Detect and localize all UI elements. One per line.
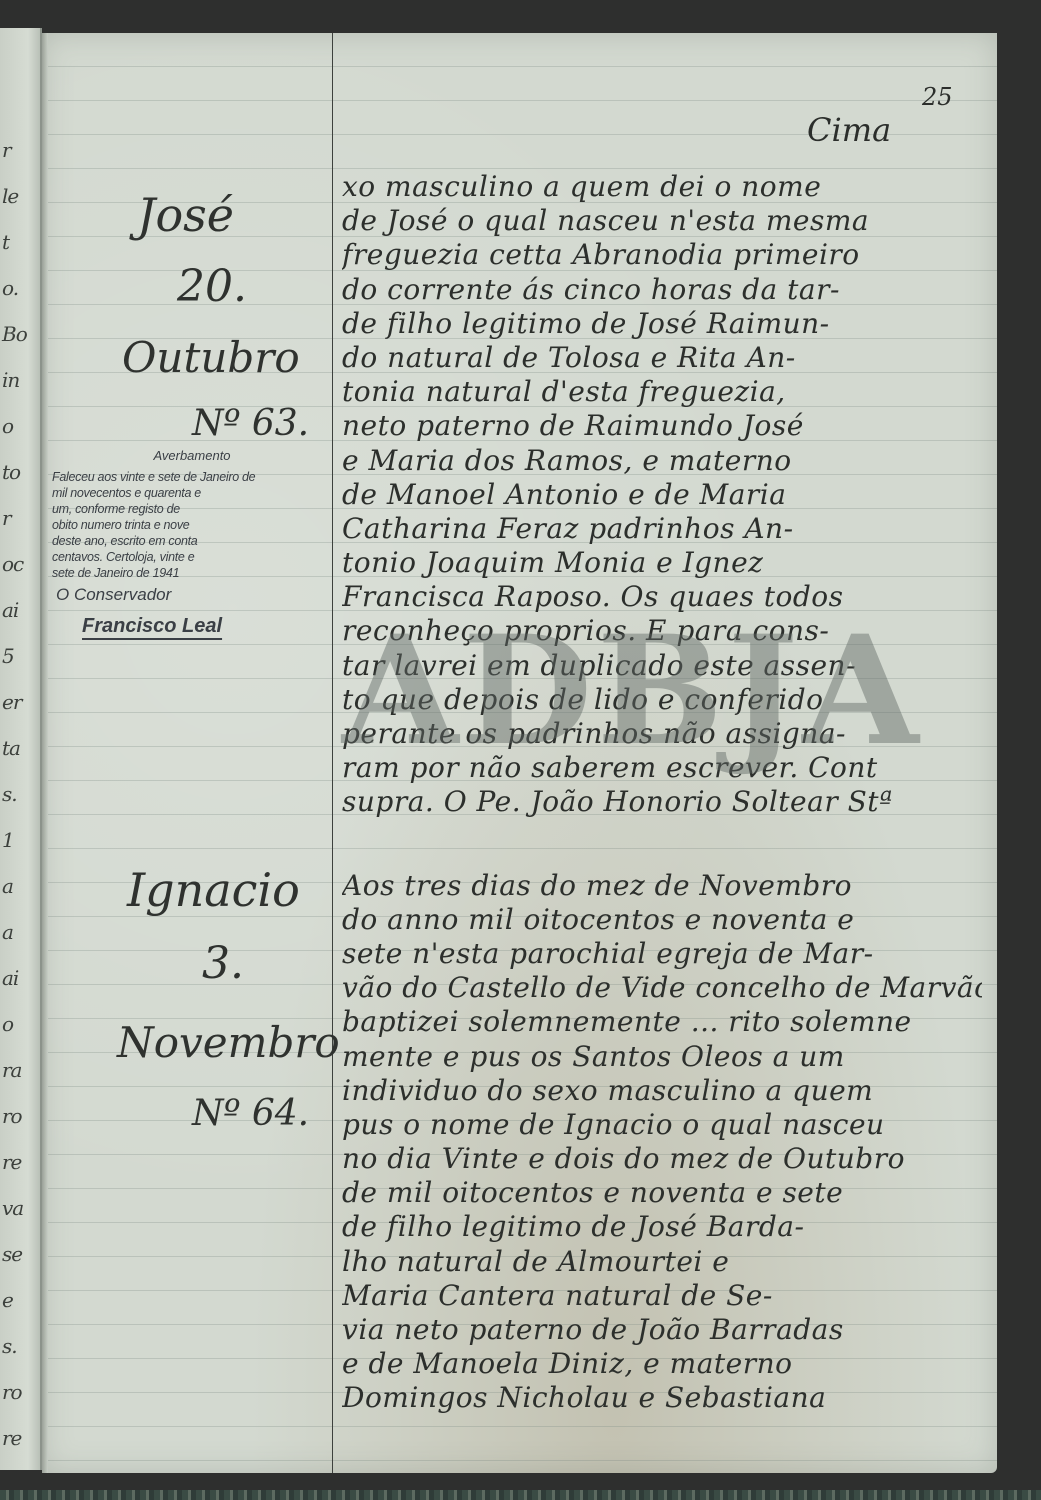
text-line: pus o nome de Ignacio o qual nasceu	[342, 1108, 982, 1142]
entry-name: José	[137, 188, 234, 242]
previous-page-text-fragment: re	[2, 1150, 21, 1174]
text-line: no dia Vinte e dois do mez de Outubro	[342, 1142, 982, 1176]
text-line: Domingos Nicholau e Sebastiana	[342, 1381, 982, 1415]
text-line: supra. O Pe. João Honorio Soltear Stª	[342, 785, 982, 819]
entry-separator	[342, 820, 982, 869]
entry-name: Ignacio	[127, 863, 300, 917]
previous-page-text-fragment: e	[2, 1288, 13, 1312]
text-line: e de Manoela Diniz, e materno	[342, 1347, 982, 1381]
text-line: tonio Joaquim Monia e Ignez	[342, 546, 982, 580]
previous-page-text-fragment: ro	[2, 1104, 22, 1128]
previous-page-text-fragment: ai	[2, 598, 18, 622]
previous-page-text-fragment: 5	[2, 644, 14, 668]
entry-day: 20.	[177, 261, 247, 312]
annotation-title: Averbamento	[82, 448, 302, 463]
text-line: perante os padrinhos não assigna-	[342, 717, 982, 751]
register-body: xo masculino a quem dei o nome de José o…	[342, 170, 982, 1416]
previous-page-text-fragment: r	[2, 138, 11, 162]
annotation-line: um, conforme registo de	[52, 501, 302, 517]
text-line: e Maria dos Ramos, e materno	[342, 444, 982, 478]
annotation-line: sete de Janeiro de 1941	[52, 565, 302, 581]
previous-page-text-fragment: ta	[2, 736, 20, 760]
entry-number: Nº 64.	[192, 1093, 309, 1134]
annotation-line: centavos. Certoloja, vinte e	[52, 549, 302, 565]
previous-page-text-fragment: r	[2, 506, 11, 530]
text-line: ram por não saberem escrever. Cont	[342, 751, 982, 785]
text-line: Francisca Raposo. Os quaes todos	[342, 580, 982, 614]
text-line: de filho legitimo de José Raimun-	[342, 307, 982, 341]
text-line: baptizei solemnemente ... rito solemne	[342, 1005, 982, 1039]
previous-page-text-fragment: s.	[2, 782, 17, 806]
annotation-signer-role: O Conservador	[56, 585, 302, 605]
text-line: mente e pus os Santos Oleos a um	[342, 1040, 982, 1074]
entry-number: Nº 63.	[192, 403, 309, 444]
previous-page-text-fragment: se	[2, 1242, 22, 1266]
previous-page-text-fragment: a	[2, 874, 13, 898]
previous-page-text-fragment: ra	[2, 1058, 21, 1082]
scanner-color-strip	[0, 1490, 1041, 1500]
text-line: vão do Castello de Vide concelho de Marv…	[342, 971, 982, 1005]
text-line: do anno mil oitocentos e noventa e	[342, 903, 982, 937]
previous-page-text-fragment: re	[2, 1426, 21, 1450]
page-number: 25	[922, 83, 953, 111]
previous-page-text-fragment: o	[2, 1012, 13, 1036]
previous-page-text-fragment: Bo	[2, 322, 27, 346]
annotation-body: Faleceu aos vinte e sete de Janeiro de m…	[52, 469, 302, 581]
previous-page-edge: rleto.Boinotorocai5ertas.1aaaiorarorevas…	[0, 28, 42, 1470]
text-line: individuo do sexo masculino a quem	[342, 1074, 982, 1108]
entry-month: Outubro	[122, 333, 300, 382]
previous-page-text-fragment: to	[2, 460, 20, 484]
text-line: de Manoel Antonio e de Maria	[342, 478, 982, 512]
previous-page-text-fragment: ai	[2, 966, 18, 990]
previous-page-text-fragment: t	[2, 230, 9, 254]
text-line: Catharina Feraz padrinhos An-	[342, 512, 982, 546]
annotation-line: mil novecentos e quarenta e	[52, 485, 302, 501]
text-line: reconheço proprios. E para cons-	[342, 614, 982, 648]
previous-page-text-fragment: ro	[2, 1380, 22, 1404]
page-fold	[42, 33, 48, 1473]
text-line: to que depois de lido e conferido	[342, 683, 982, 717]
previous-page-text-fragment: o	[2, 414, 13, 438]
text-line: tonia natural d'esta freguezia,	[342, 375, 982, 409]
previous-page-text-fragment: oc	[2, 552, 23, 576]
annotation-averbamento: Averbamento Faleceu aos vinte e sete de …	[52, 448, 302, 638]
text-line: neto paterno de Raimundo José	[342, 409, 982, 443]
annotation-signature: Francisco Leal	[82, 615, 302, 638]
text-line: do corrente ás cinco horas da tar-	[342, 273, 982, 307]
text-line: Aos tres dias do mez de Novembro	[342, 869, 982, 903]
previous-page-text-fragment: s.	[2, 1334, 17, 1358]
text-line: lho natural de Almourtei e	[342, 1245, 982, 1279]
previous-page-text-fragment: a	[2, 920, 13, 944]
text-line: freguezia cetta Abranodia primeiro	[342, 238, 982, 272]
text-line: tar lavrei em duplicado este assen-	[342, 649, 982, 683]
entry-2-text: Aos tres dias do mez de Novembro do anno…	[342, 869, 982, 1416]
previous-page-text-fragment: 1	[2, 828, 14, 852]
text-line: de José o qual nasceu n'esta mesma	[342, 204, 982, 238]
text-line: de filho legitimo de José Barda-	[342, 1210, 982, 1244]
previous-page-text-fragment: le	[2, 184, 18, 208]
entry-month: Novembro	[117, 1018, 340, 1067]
text-line: de mil oitocentos e noventa e sete	[342, 1176, 982, 1210]
text-line: xo masculino a quem dei o nome	[342, 170, 982, 204]
margin-column-divider	[332, 33, 333, 1473]
text-line: sete n'esta parochial egreja de Mar-	[342, 937, 982, 971]
text-line: via neto paterno de João Barradas	[342, 1313, 982, 1347]
entry-1-text: xo masculino a quem dei o nome de José o…	[342, 170, 982, 820]
entry-day: 3.	[202, 938, 244, 989]
register-page: 25 Cima José 20. Outubro Nº 63. Averbame…	[42, 33, 997, 1473]
text-line: Maria Cantera natural de Se-	[342, 1279, 982, 1313]
annotation-line: Faleceu aos vinte e sete de Janeiro de	[52, 469, 302, 485]
text-line: do natural de Tolosa e Rita An-	[342, 341, 982, 375]
previous-page-text-fragment: o.	[2, 276, 18, 300]
page-header-word: Cima	[807, 111, 891, 149]
previous-page-text-fragment: va	[2, 1196, 23, 1220]
previous-page-text-fragment: er	[2, 690, 21, 714]
annotation-line: deste ano, escrito em conta	[52, 533, 302, 549]
annotation-line: obito numero trinta e nove	[52, 517, 302, 533]
previous-page-text-fragment: in	[2, 368, 19, 392]
